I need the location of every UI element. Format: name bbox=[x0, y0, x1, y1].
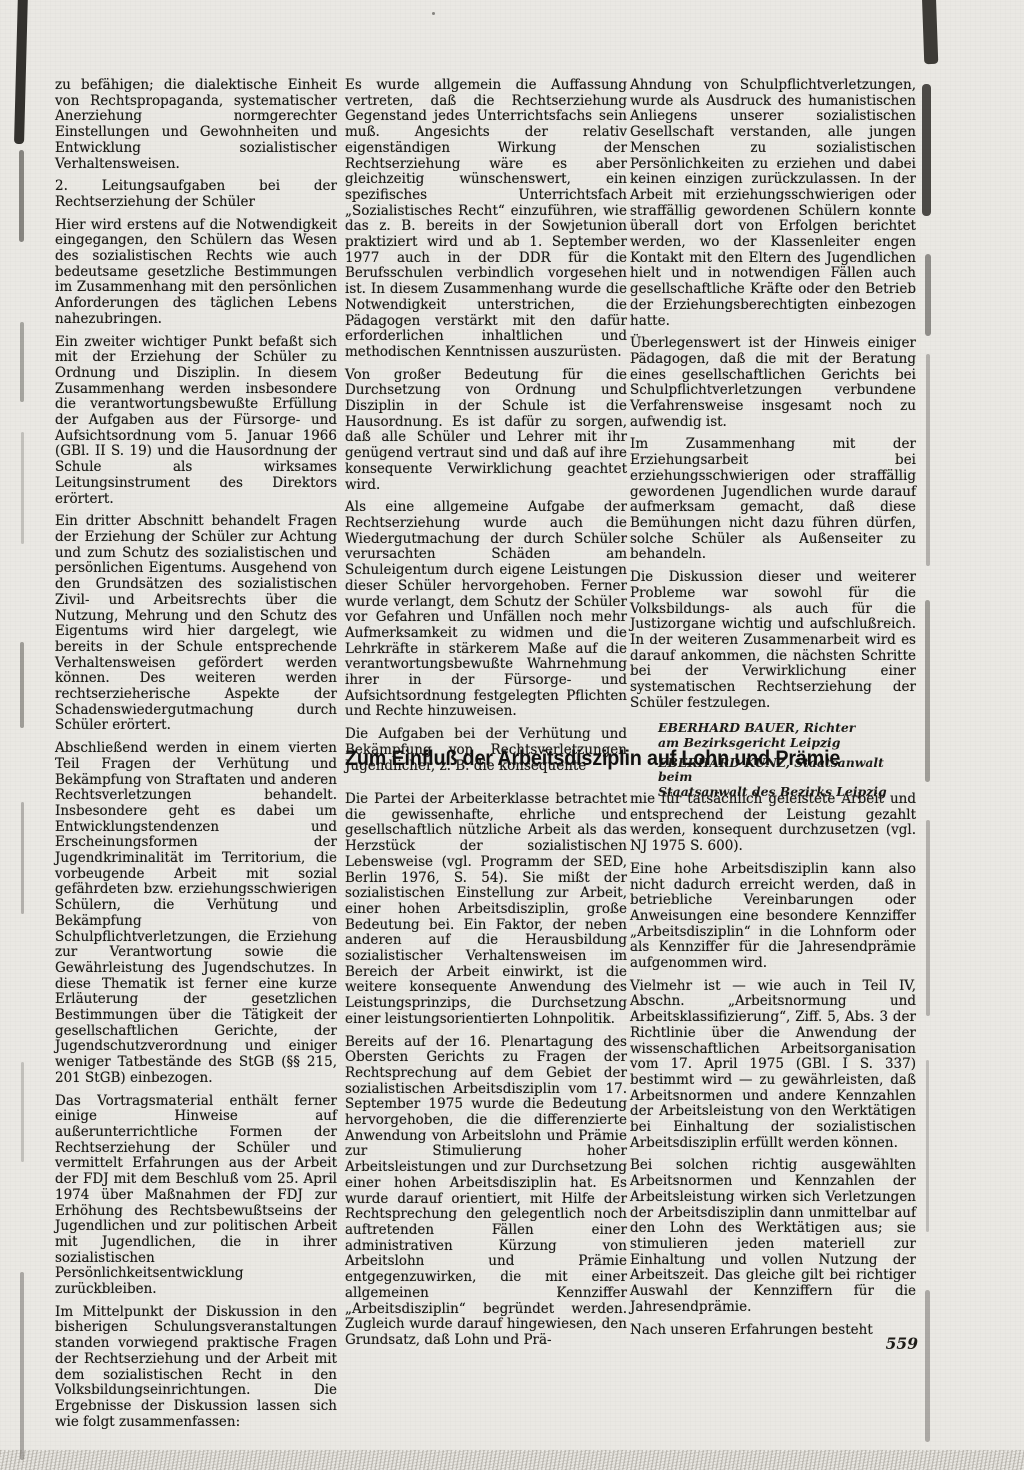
paragraph: Das Vortragsmaterial enthält ferner eini… bbox=[55, 1094, 337, 1298]
paragraph: Die Diskussion dieser und weiterer Probl… bbox=[630, 570, 916, 711]
column-right-top: Ahndung von Schulpflichtverletzungen, wu… bbox=[630, 78, 916, 804]
scan-artifact-right bbox=[926, 354, 930, 566]
scan-artifact-right bbox=[925, 1290, 930, 1442]
scan-artifact-right bbox=[926, 820, 930, 1016]
paragraph: Hier wird erstens auf die Notwendigkeit … bbox=[55, 218, 337, 328]
scan-artifact-left bbox=[14, 0, 28, 144]
paragraph: Abschließend werden in einem vierten Tei… bbox=[55, 741, 337, 1086]
scan-artifact-left bbox=[19, 150, 24, 242]
scan-artifact-right bbox=[922, 84, 931, 216]
column-middle-top: Es wurde allgemein die Auffassung vertre… bbox=[345, 78, 627, 781]
paragraph: Als eine allgemeine Aufgabe der Rechtser… bbox=[345, 500, 627, 720]
scan-artifact-left bbox=[21, 432, 24, 544]
column-left: zu befähigen; die dialektische Einheit v… bbox=[55, 78, 337, 1437]
paragraph: Nach unseren Erfahrungen besteht bbox=[630, 1323, 916, 1339]
paragraph: Die Partei der Arbeiterklasse betrachtet… bbox=[345, 792, 627, 1028]
paragraph: Bei solchen richtig ausgewählten Arbeits… bbox=[630, 1158, 916, 1315]
paragraph: Von großer Bedeutung für die Durchsetzun… bbox=[345, 368, 627, 494]
scan-artifact-left bbox=[21, 802, 24, 914]
column-right-bottom: mie für tatsächlich geleistete Arbeit un… bbox=[630, 792, 916, 1345]
column-middle-bottom: Die Partei der Arbeiterklasse betrachtet… bbox=[345, 792, 627, 1356]
paragraph: zu befähigen; die dialektische Einheit v… bbox=[55, 78, 337, 172]
paragraph: Im Zusammenhang mit der Erziehungsarbeit… bbox=[630, 437, 916, 563]
paragraph: Eine hohe Arbeitsdisziplin kann also nic… bbox=[630, 862, 916, 972]
paragraph: Im Mittelpunkt der Diskussion in den bis… bbox=[55, 1305, 337, 1431]
section-subheading: 2. Leitungsaufgaben bei der Rechtserzieh… bbox=[55, 179, 337, 210]
author-name-role: EBERHARD BAUER, Richter bbox=[658, 721, 916, 736]
paragraph: Ein dritter Abschnitt behandelt Fragen d… bbox=[55, 514, 337, 734]
paragraph: Ahndung von Schulpflichtverletzungen, wu… bbox=[630, 78, 916, 329]
scan-artifact-left bbox=[20, 642, 24, 728]
paragraph: Bereits auf der 16. Plenartagung des Obe… bbox=[345, 1035, 627, 1349]
page-number: 559 bbox=[878, 1334, 918, 1353]
journal-page-scan: zu befähigen; die dialektische Einheit v… bbox=[0, 0, 1024, 1470]
paragraph: mie für tatsächlich geleistete Arbeit un… bbox=[630, 792, 916, 855]
paragraph: Überlegenswert ist der Hinweis einiger P… bbox=[630, 336, 916, 430]
scan-artifact-right bbox=[926, 1060, 929, 1232]
scan-artifact-right bbox=[925, 600, 930, 782]
scan-artifact-bottom bbox=[0, 1450, 1024, 1470]
paragraph: Es wurde allgemein die Auffassung vertre… bbox=[345, 78, 627, 361]
scan-artifact-left bbox=[20, 1272, 24, 1460]
scan-speck bbox=[432, 12, 435, 15]
scan-artifact-right bbox=[925, 254, 931, 336]
scan-artifact-left bbox=[21, 1062, 24, 1162]
article-title: Zum Einfluß der Arbeitsdisziplin auf Loh… bbox=[345, 746, 897, 771]
paragraph: Ein zweiter wichtiger Punkt befaßt sich … bbox=[55, 335, 337, 508]
scan-artifact-right bbox=[922, 0, 939, 64]
paragraph: Vielmehr ist — wie auch in Teil IV, Absc… bbox=[630, 979, 916, 1152]
scan-artifact-left bbox=[20, 322, 24, 402]
